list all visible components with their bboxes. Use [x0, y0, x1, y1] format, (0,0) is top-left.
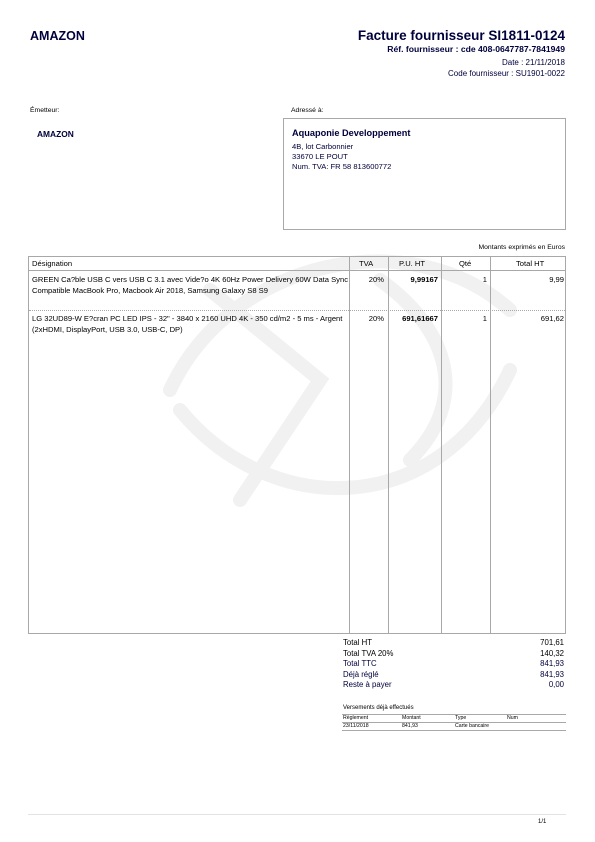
pay-col-amount: Montant — [402, 715, 421, 721]
col-header-designation: Désignation — [32, 259, 72, 268]
total-value: 841,93 — [540, 670, 564, 679]
total-value: 0,00 — [549, 680, 564, 689]
pay-col-date: Règlement — [343, 715, 368, 721]
col-header-qty: Qté — [459, 259, 471, 268]
column-divider — [388, 257, 389, 633]
item-tva: 20% — [351, 275, 384, 286]
total-value: 140,32 — [540, 649, 564, 658]
total-label: Reste à payer — [343, 680, 392, 689]
total-label: Total TVA 20% — [343, 649, 393, 658]
item-unit-price: 9,99167 — [390, 275, 438, 286]
header-divider — [29, 270, 565, 271]
invoice-date: Date : 21/11/2018 — [502, 58, 565, 67]
total-value: 841,93 — [540, 659, 564, 668]
total-value: 701,61 — [540, 638, 564, 647]
item-designation: LG 32UD89-W E?cran PC LED IPS - 32" - 38… — [32, 314, 348, 335]
payments-header-row: Règlement Montant Type Num — [342, 714, 566, 722]
emitter-label: Émetteur: — [30, 107, 59, 114]
addressee-name: Aquaponie Developpement — [292, 128, 410, 138]
col-header-pu-ht: P.U. HT — [399, 259, 425, 268]
item-quantity: 1 — [443, 275, 487, 286]
item-tva: 20% — [351, 314, 384, 325]
item-total: 9,99 — [492, 275, 564, 286]
total-label: Déjà réglé — [343, 670, 379, 679]
item-unit-price: 691,61667 — [390, 314, 438, 325]
supplier-code: Code fournisseur : SU1901-0022 — [448, 69, 565, 78]
payment-amount: 841,93 — [402, 723, 418, 729]
item-quantity: 1 — [443, 314, 487, 325]
emitter-name: AMAZON — [37, 129, 74, 139]
item-designation: GREEN Ca?ble USB C vers USB C 3.1 avec V… — [32, 275, 348, 296]
column-divider — [490, 257, 491, 633]
invoice-title: Facture fournisseur SI1811-0124 — [358, 28, 565, 43]
total-label: Total TTC — [343, 659, 377, 668]
payment-date: 23/11/2018 — [343, 723, 369, 729]
totals-block: Total HT 701,61 Total TVA 20% 140,32 Tot… — [343, 638, 564, 691]
total-label: Total HT — [343, 638, 372, 647]
addressee-street: 4B, lot Carbonnier — [292, 142, 353, 151]
addressee-city: 33670 LE POUT — [292, 152, 348, 161]
addressee-box: Aquaponie Developpement 4B, lot Carbonni… — [283, 118, 566, 230]
pay-col-type: Type — [455, 715, 466, 721]
seller-name: AMAZON — [30, 29, 85, 43]
payments-title: Versements déjà effectués — [343, 705, 414, 711]
total-tva-row: Total TVA 20% 140,32 — [343, 649, 564, 660]
payments-table: Règlement Montant Type Num 23/11/2018 84… — [342, 714, 566, 730]
addressee-vat: Num. TVA: FR 58 813600772 — [292, 162, 391, 171]
page-number: 1/1 — [538, 819, 546, 825]
remaining-row: Reste à payer 0,00 — [343, 680, 564, 691]
col-header-tva: TVA — [359, 259, 373, 268]
row-divider — [29, 310, 565, 311]
already-paid-row: Déjà réglé 841,93 — [343, 670, 564, 681]
payments-divider — [342, 730, 566, 731]
line-items-table: Désignation TVA P.U. HT Qté Total HT GRE… — [28, 256, 566, 634]
currency-note: Montants exprimés en Euros — [478, 244, 565, 251]
payment-row: 23/11/2018 841,93 Carte bancaire — [342, 722, 566, 730]
total-ttc-row: Total TTC 841,93 — [343, 659, 564, 670]
item-total: 691,62 — [492, 314, 564, 325]
total-ht-row: Total HT 701,61 — [343, 638, 564, 649]
col-header-total-ht: Total HT — [516, 259, 544, 268]
pay-col-num: Num — [507, 715, 518, 721]
footer-divider — [28, 814, 566, 815]
column-divider — [441, 257, 442, 633]
column-divider — [349, 257, 350, 633]
supplier-reference: Réf. fournisseur : cde 408-0647787-78419… — [387, 44, 565, 54]
payment-type: Carte bancaire — [455, 723, 489, 729]
addressee-label: Adressé à: — [291, 107, 324, 114]
